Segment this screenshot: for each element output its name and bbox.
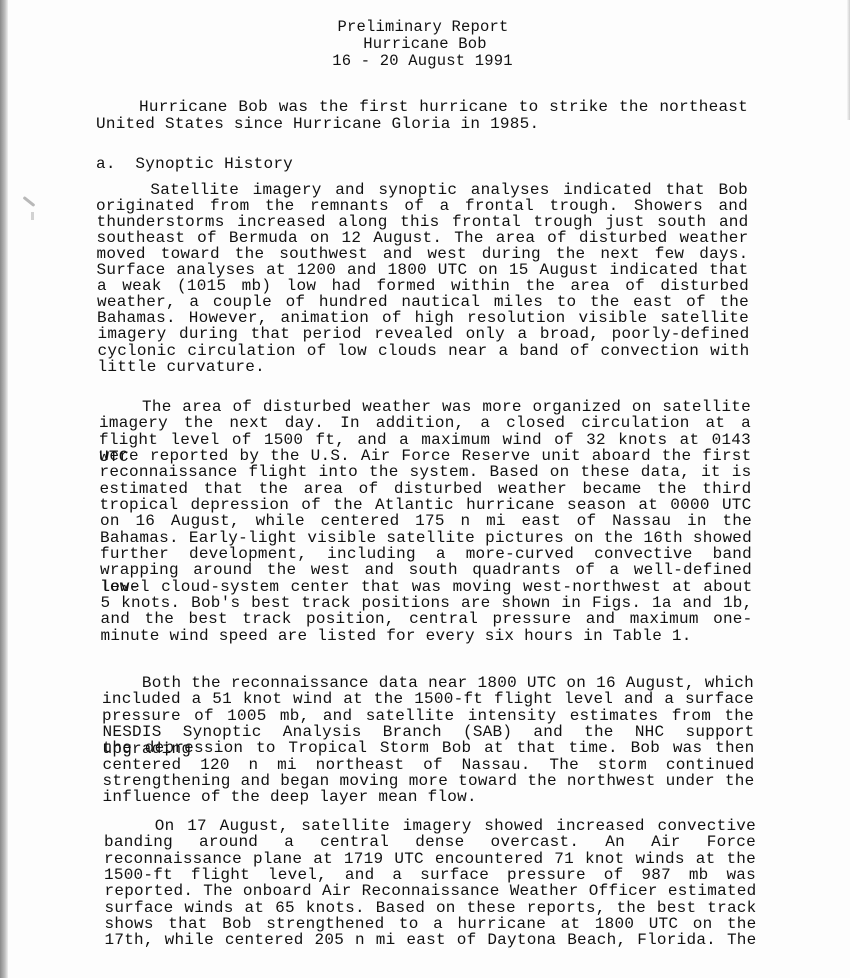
paragraph-line: little curvature. [98, 359, 265, 376]
paragraph-line: 17th, while centered 205 n mi east of Da… [105, 932, 757, 949]
scan-speck [31, 212, 34, 220]
paragraph-line: reported. The onboard Air Reconnaissance… [105, 883, 757, 900]
paragraph-line: on 16 August, while centered 175 n mi ea… [100, 513, 752, 530]
paragraph-line: banding around a central dense overcast.… [104, 834, 756, 851]
paragraph-line: imagery the next day. In addition, a clo… [99, 415, 751, 432]
section-heading: a. Synoptic History [96, 156, 293, 173]
paragraph-line: minute wind speed are listed for every s… [101, 628, 692, 645]
paragraph-line: reconnaissance flight into the system. B… [100, 464, 752, 481]
paragraph-line: imagery during that period revealed only… [98, 326, 750, 343]
paragraph-line: included a 51 knot wind at the 1500-ft f… [102, 691, 754, 708]
paragraph-line: and the best track position, central pre… [101, 611, 753, 628]
scan-edge-shadow [0, 0, 8, 978]
paragraph-line: the depression to Tropical Storm Bob at … [103, 740, 755, 757]
report-header: Preliminary Report Hurricane Bob 16 - 20… [0, 19, 850, 70]
report-dates: 16 - 20 August 1991 [0, 53, 850, 70]
report-title: Preliminary Report [0, 19, 850, 36]
paragraph-line: influence of the deep layer mean flow. [103, 789, 477, 806]
scan-speck [23, 196, 36, 207]
intro-line: Hurricane Bob was the first hurricane to… [96, 99, 748, 116]
intro-line: United States since Hurricane Gloria in … [96, 116, 539, 133]
storm-name: Hurricane Bob [0, 36, 850, 53]
